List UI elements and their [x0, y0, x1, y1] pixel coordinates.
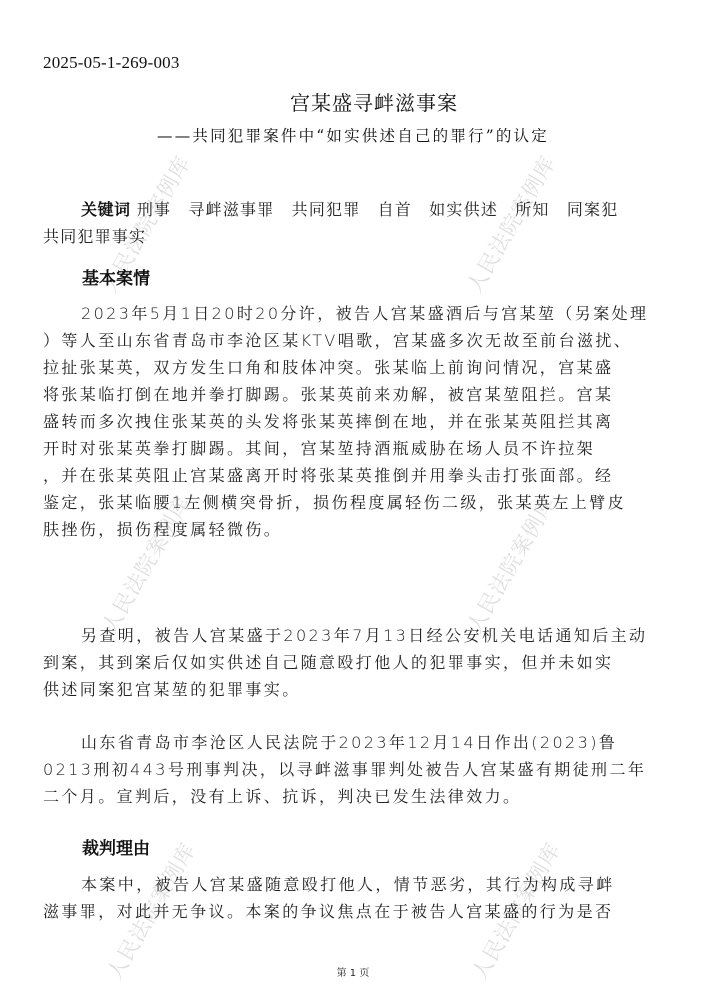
- text-line: 山东省青岛市李沧区人民法院于2023年12月14日作出(2023)鲁: [43, 729, 665, 756]
- text-line: 鉴定，张某临腰1左侧横突骨折，损伤程度属轻伤二级，张某英左上臂皮: [43, 489, 665, 516]
- paragraph: 本案中，被告人宫某盛随意殴打他人，情节恶劣，其行为构成寻衅 滋事罪，对此并无争议…: [43, 871, 665, 925]
- document-page: 人民法院案例库 人民法院案例库 人民法院案例库 人民法院案例库 人民法院案例库 …: [0, 0, 706, 999]
- text-line: 将张某临打倒在地并拳打脚踢。张某英前来劝解，被宫某堃阻拦。宫某: [43, 381, 665, 408]
- text-line: 二个月。宣判后，没有上诉、抗诉，判决已发生法律效力。: [43, 783, 665, 810]
- text-line: ，并在张某英阻止宫某盛离开时将张某英推倒并用拳头击打张面部。经: [43, 462, 665, 489]
- text-line: 0213刑初443号刑事判决，以寻衅滋事罪判处被告人宫某盛有期徒刑二年: [43, 756, 665, 783]
- text-line: 盛转而多次拽住张某英的头发将张某英摔倒在地，并在张某英阻拦其离: [43, 408, 665, 435]
- keywords: 关键词 刑事 寻衅滋事罪 共同犯罪 自首 如实供述 所知 同案犯 共同犯罪事实: [43, 196, 665, 250]
- text-line: 另查明，被告人宫某盛于2023年7月13日经公安机关电话通知后主动: [43, 622, 665, 649]
- text-line: 肤挫伤，损伤程度属轻微伤。: [43, 516, 665, 543]
- text-line: 滋事罪，对此并无争议。本案的争议焦点在于被告人宫某盛的行为是否: [43, 898, 665, 925]
- text-line: 开时对张某英拳打脚踢。其间，宫某堃持酒瓶威胁在场人员不许拉架: [43, 435, 665, 462]
- text-line: 本案中，被告人宫某盛随意殴打他人，情节恶劣，其行为构成寻衅: [43, 871, 665, 898]
- case-number: 2025-05-1-269-003: [43, 53, 180, 73]
- section-heading-basic-facts: 基本案情: [82, 264, 150, 289]
- text-line: 到案，其到案后仅如实供述自己随意殴打他人的犯罪事实，但并未如实: [43, 649, 665, 676]
- paragraph: 2023年5月1日20时20分许，被告人宫某盛酒后与宫某堃（另案处理 ）等人至山…: [43, 300, 665, 543]
- paragraph: 另查明，被告人宫某盛于2023年7月13日经公安机关电话通知后主动 到案，其到案…: [43, 622, 665, 703]
- keywords-line-2: 共同犯罪事实: [43, 223, 665, 250]
- keywords-line-1: 刑事 寻衅滋事罪 共同犯罪 自首 如实供述 所知 同案犯: [137, 200, 619, 219]
- page-number: 第 1 页: [0, 964, 706, 979]
- keywords-label: 关键词: [81, 200, 131, 219]
- text-line: 供述同案犯宫某堃的犯罪事实。: [43, 676, 665, 703]
- section-heading-reasoning: 裁判理由: [82, 834, 150, 859]
- document-subtitle: ——共同犯罪案件中“如实供述自己的罪行”的认定: [157, 124, 549, 146]
- text-line: 拉扯张某英，双方发生口角和肢体冲突。张某临上前询问情况，宫某盛: [43, 354, 665, 381]
- text-line: ）等人至山东省青岛市李沧区某KTV唱歌，宫某盛多次无故至前台滋扰、: [43, 327, 665, 354]
- paragraph: 山东省青岛市李沧区人民法院于2023年12月14日作出(2023)鲁 0213刑…: [43, 729, 665, 810]
- document-title: 宫某盛寻衅滋事案: [290, 87, 458, 116]
- text-line: 2023年5月1日20时20分许，被告人宫某盛酒后与宫某堃（另案处理: [43, 300, 665, 327]
